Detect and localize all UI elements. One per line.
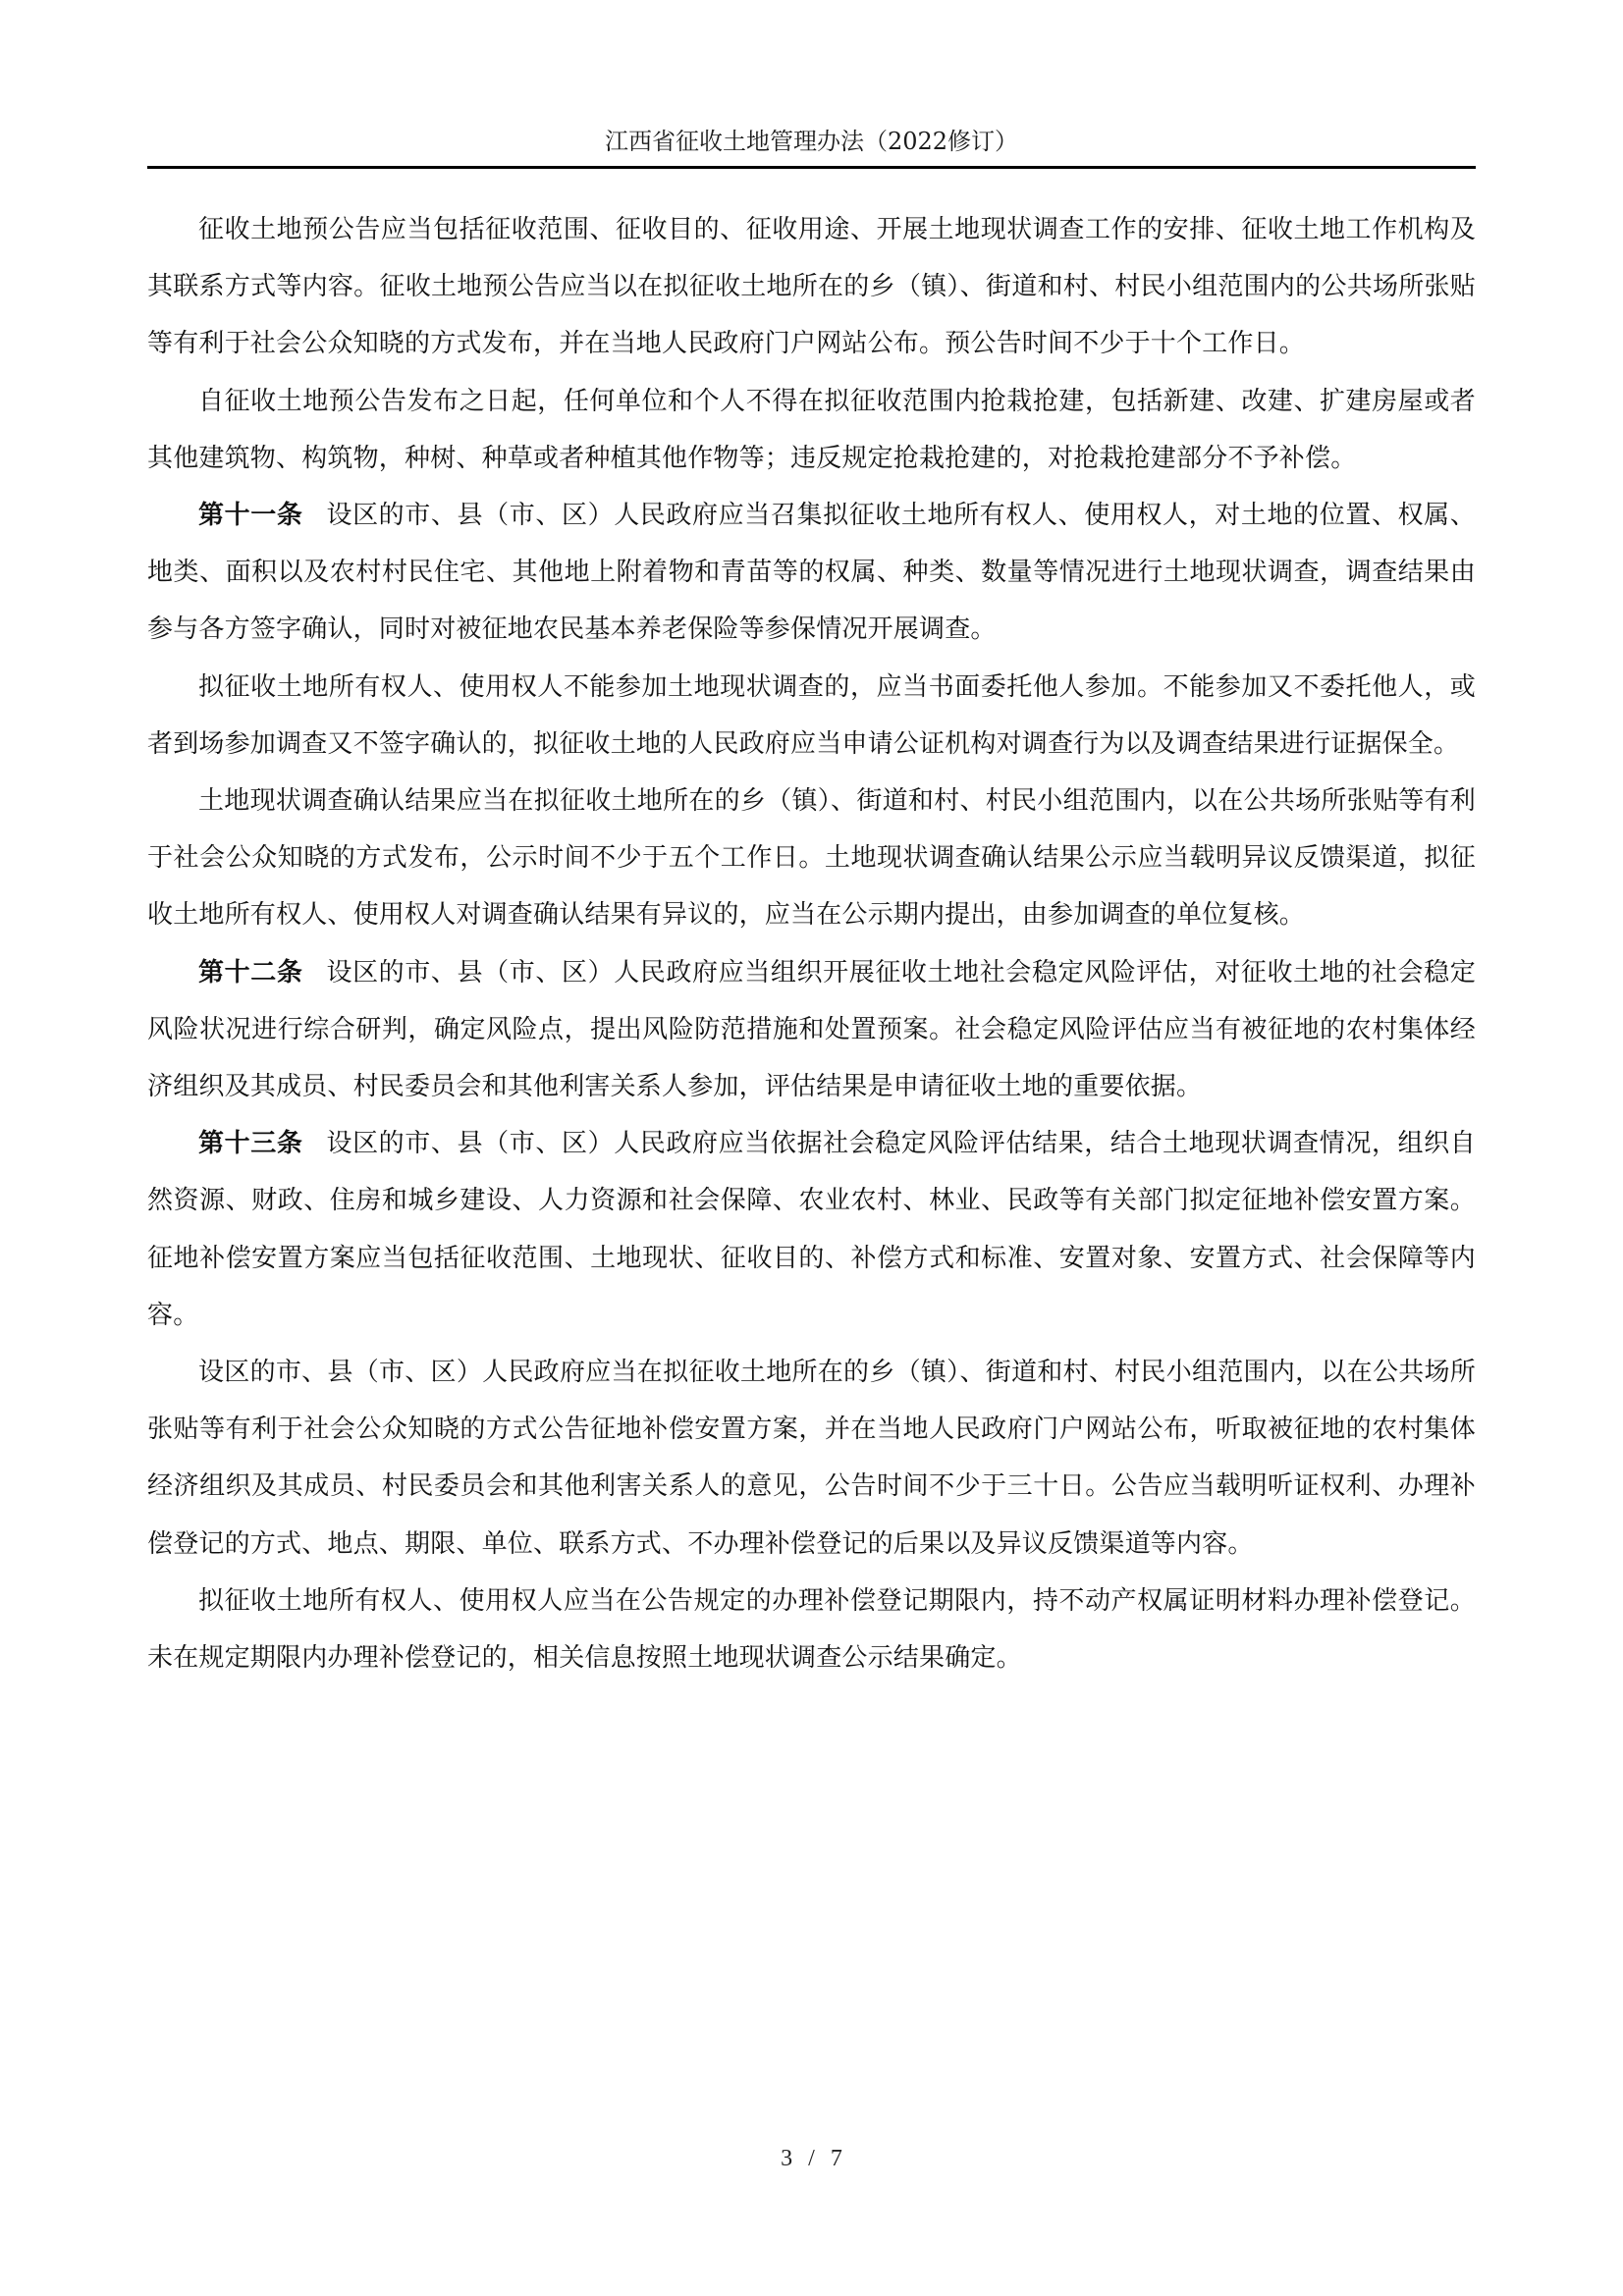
running-header-title: 江西省征收土地管理办法（2022修订） <box>147 126 1476 157</box>
paragraph-survey-publicity: 土地现状调查确认结果应当在拟征收土地所在的乡（镇）、街道和村、村民小组范围内，以… <box>147 773 1476 944</box>
paragraph-text: 拟征收土地所有权人、使用权人不能参加土地现状调查的，应当书面委托他人参加。不能参… <box>147 672 1476 759</box>
paragraph-text: 拟征收土地所有权人、使用权人应当在公告规定的办理补偿登记期限内，持不动产权属证明… <box>147 1586 1476 1673</box>
article-number: 第十二条 <box>198 958 302 988</box>
paragraph-text: 设区的市、县（市、区）人民政府应当在拟征收土地所在的乡（镇）、街道和村、村民小组… <box>147 1358 1476 1559</box>
paragraph-survey-delegation: 拟征收土地所有权人、使用权人不能参加土地现状调查的，应当书面委托他人参加。不能参… <box>147 659 1476 773</box>
paragraph-text: 土地现状调查确认结果应当在拟征收土地所在的乡（镇）、街道和村、村民小组范围内，以… <box>147 786 1476 930</box>
header-rule-divider <box>147 166 1476 169</box>
article-number: 第十一条 <box>198 501 302 530</box>
page-number-footer: 3/7 <box>0 2146 1623 2172</box>
current-page-number: 3 <box>781 2146 792 2171</box>
document-body: 征收土地预公告应当包括征收范围、征收目的、征收用途、开展土地现状调查工作的安排、… <box>147 201 1476 1686</box>
total-page-count: 7 <box>831 2146 842 2171</box>
page-separator: / <box>808 2146 815 2171</box>
paragraph-no-rush-construction: 自征收土地预公告发布之日起，任何单位和个人不得在拟征收范围内抢栽抢建，包括新建、… <box>147 373 1476 487</box>
paragraph-article-11: 第十一条设区的市、县（市、区）人民政府应当召集拟征收土地所有权人、使用权人，对土… <box>147 487 1476 659</box>
paragraph-text: 设区的市、县（市、区）人民政府应当组织开展征收土地社会稳定风险评估，对征收土地的… <box>147 958 1476 1101</box>
paragraph-pre-announcement-content: 征收土地预公告应当包括征收范围、征收目的、征收用途、开展土地现状调查工作的安排、… <box>147 201 1476 373</box>
paragraph-text: 设区的市、县（市、区）人民政府应当召集拟征收土地所有权人、使用权人，对土地的位置… <box>147 501 1476 644</box>
paragraph-text: 设区的市、县（市、区）人民政府应当依据社会稳定风险评估结果，结合土地现状调查情况… <box>147 1129 1476 1330</box>
paragraph-text: 征收土地预公告应当包括征收范围、征收目的、征收用途、开展土地现状调查工作的安排、… <box>147 215 1476 358</box>
paragraph-compensation-announcement: 设区的市、县（市、区）人民政府应当在拟征收土地所在的乡（镇）、街道和村、村民小组… <box>147 1344 1476 1573</box>
paragraph-text: 自征收土地预公告发布之日起，任何单位和个人不得在拟征收范围内抢栽抢建，包括新建、… <box>147 387 1476 473</box>
paragraph-article-13: 第十三条设区的市、县（市、区）人民政府应当依据社会稳定风险评估结果，结合土地现状… <box>147 1115 1476 1344</box>
paragraph-article-12: 第十二条设区的市、县（市、区）人民政府应当组织开展征收土地社会稳定风险评估，对征… <box>147 944 1476 1116</box>
paragraph-compensation-registration: 拟征收土地所有权人、使用权人应当在公告规定的办理补偿登记期限内，持不动产权属证明… <box>147 1573 1476 1686</box>
article-number: 第十三条 <box>198 1129 302 1158</box>
